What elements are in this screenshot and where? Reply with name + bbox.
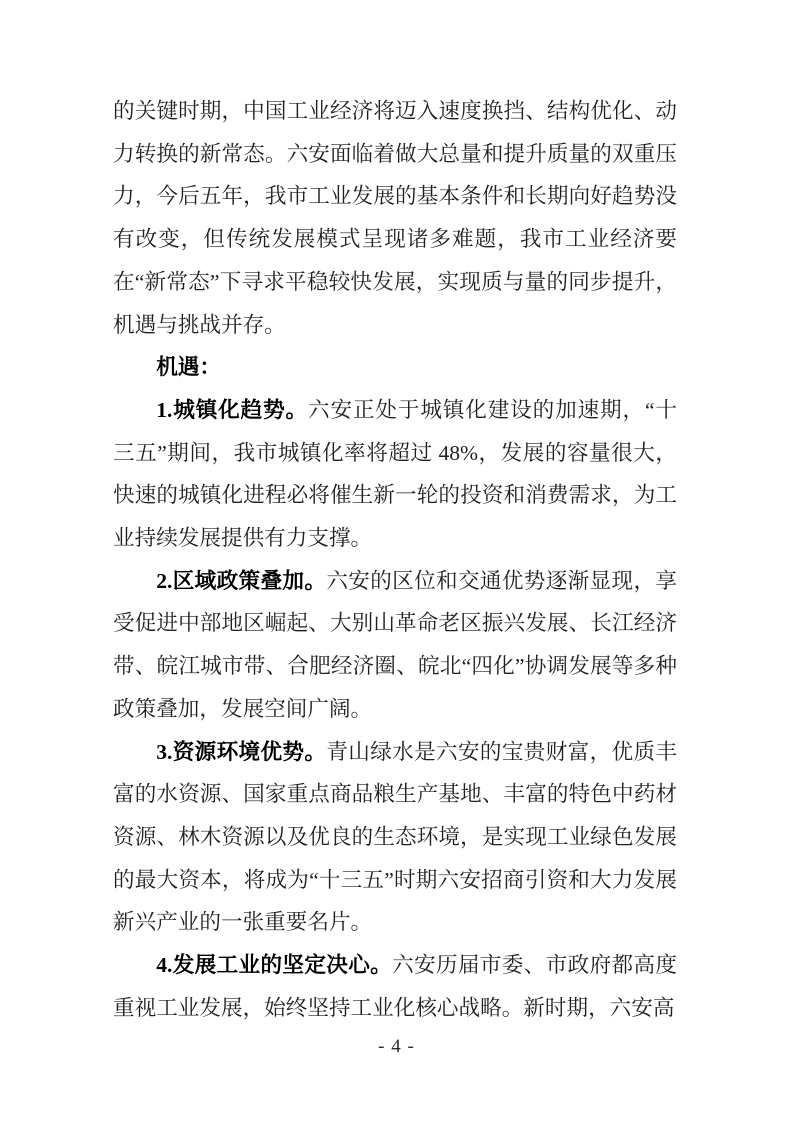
paragraph-lead: 4.发展工业的坚定决心。 [156, 953, 392, 977]
paragraph-text: 青山绿水是六安的宝贵财富，优质丰富的水资源、国家重点商品粮生产基地、丰富的特色中… [113, 740, 677, 935]
paragraph-item-3: 3.资源环境优势。青山绿水是六安的宝贵财富，优质丰富的水资源、国家重点商品粮生产… [113, 731, 677, 945]
document-page: 的关键时期，中国工业经济将迈入速度换挡、结构优化、动力转换的新常态。六安面临着做… [0, 0, 793, 1122]
page-number: - 4 - [0, 1036, 793, 1058]
paragraph-text: 的关键时期，中国工业经济将迈入速度换挡、结构优化、动力转换的新常态。六安面临着做… [113, 99, 677, 337]
paragraph-lead: 2.区域政策叠加。 [156, 569, 326, 593]
document-body: 的关键时期，中国工业经济将迈入速度换挡、结构优化、动力转换的新常态。六安面临着做… [113, 90, 677, 1029]
paragraph-lead: 3.资源环境优势。 [156, 740, 326, 764]
paragraph-lead: 1.城镇化趋势。 [156, 398, 308, 422]
paragraph-continuation: 的关键时期，中国工业经济将迈入速度换挡、结构优化、动力转换的新常态。六安面临着做… [113, 90, 677, 346]
paragraph-item-2: 2.区域政策叠加。六安的区位和交通优势逐渐显现，享受促进中部地区崛起、大别山革命… [113, 560, 677, 731]
paragraph-item-4: 4.发展工业的坚定决心。六安历届市委、市政府都高度重视工业发展，始终坚持工业化核… [113, 944, 677, 1029]
paragraph-lead: 机遇： [156, 355, 221, 379]
paragraph-item-1: 1.城镇化趋势。六安正处于城镇化建设的加速期，“十三五”期间，我市城镇化率将超过… [113, 389, 677, 560]
paragraph-opportunities-heading: 机遇： [113, 346, 677, 389]
